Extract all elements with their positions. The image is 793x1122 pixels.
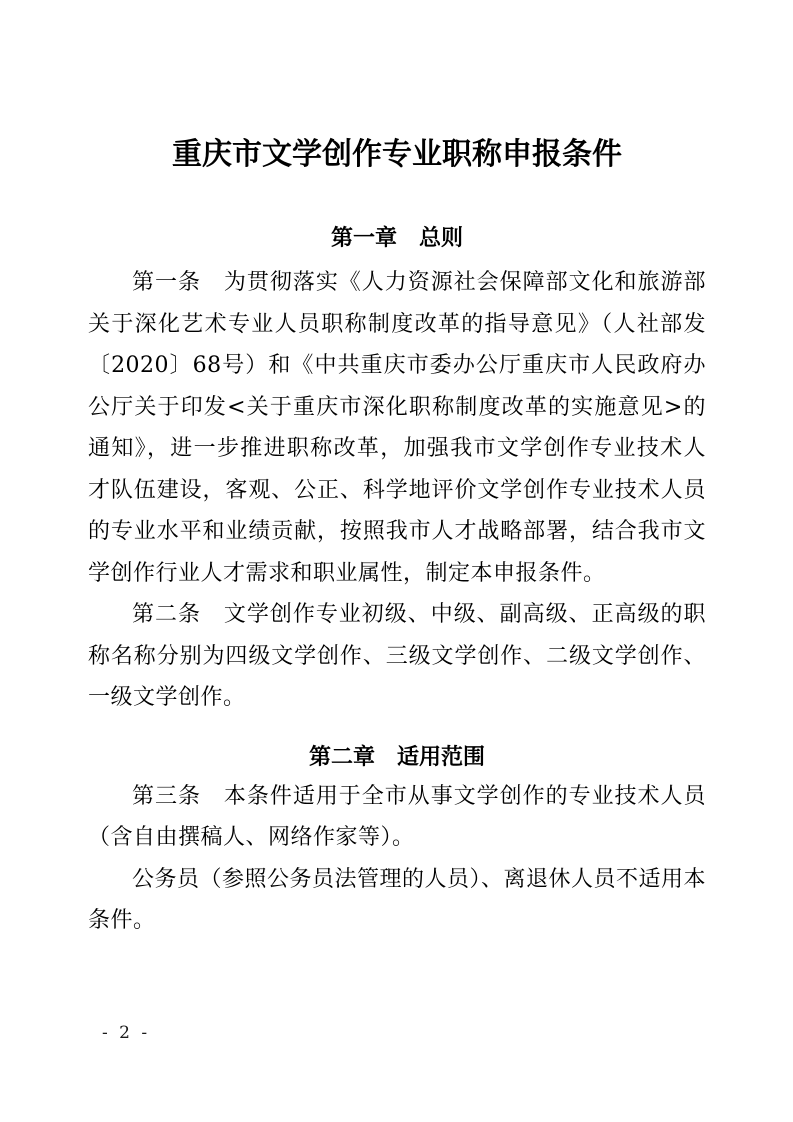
article-3-paragraph: 第三条 本条件适用于全市从事文学创作的专业技术人员（含自由撰稿人、网络作家等）。 (88, 776, 706, 859)
chapter-general-provisions: 第一章 总则 第一条 为贯彻落实《人力资源社会保障部文化和旅游部关于深化艺术专业… (88, 227, 706, 719)
chapter-scope-of-application: 第二章 适用范围 第三条 本条件适用于全市从事文学创作的专业技术人员（含自由撰稿… (88, 746, 706, 942)
document-page: 重庆市文学创作专业职称申报条件 第一章 总则 第一条 为贯彻落实《人力资源社会保… (0, 0, 793, 1122)
article-1-paragraph: 第一条 为贯彻落实《人力资源社会保障部文化和旅游部关于深化艺术专业人员职称制度改… (88, 262, 706, 594)
chapter-2-heading: 第二章 适用范围 (88, 746, 706, 770)
civil-servants-exclusion-paragraph: 公务员（参照公务员法管理的人员）、离退休人员不适用本条件。 (88, 859, 706, 942)
page-number: - 2 - (102, 1023, 150, 1043)
document-title: 重庆市文学创作专业职称申报条件 (88, 138, 706, 172)
chapter-1-heading: 第一章 总则 (88, 227, 706, 251)
article-2-paragraph: 第二条 文学创作专业初级、中级、副高级、正高级的职称名称分别为四级文学创作、三级… (88, 594, 706, 719)
document-content: 重庆市文学创作专业职称申报条件 第一章 总则 第一条 为贯彻落实《人力资源社会保… (88, 0, 706, 942)
